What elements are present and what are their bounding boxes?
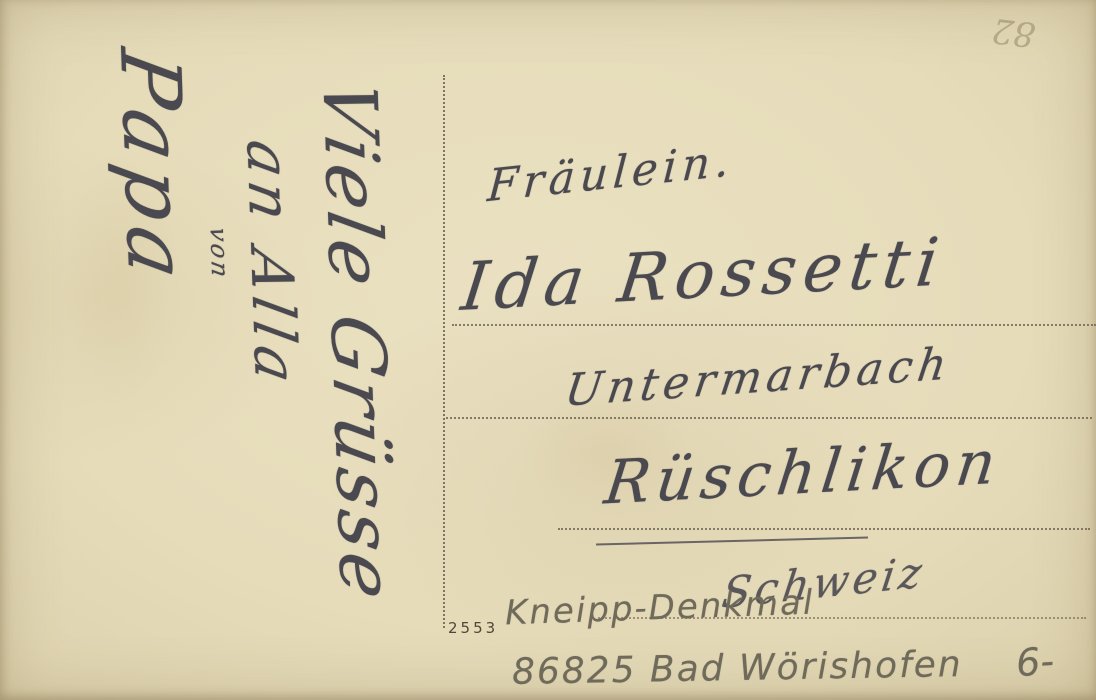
- address-rule-2: [446, 417, 1092, 419]
- address-rule-3: [558, 528, 1090, 530]
- address-salutation: Fräulein.: [486, 135, 736, 213]
- pencil-note-price: 6-: [1015, 639, 1056, 686]
- address-rule-1: [452, 324, 1096, 326]
- address-street: Untermarbach: [562, 338, 955, 417]
- address-recipient-name: Ida Rossetti: [458, 223, 950, 326]
- message-block: Viele Grüsse an Alla von Papa: [10, 39, 410, 622]
- pencil-note-subject: Kneipp-Denkmal: [504, 583, 815, 634]
- pencil-note-location: 86825 Bad Wörishofen: [512, 644, 963, 693]
- city-underline-stroke: [596, 536, 868, 545]
- message-greeting-line: Viele Grüsse: [305, 74, 411, 639]
- message-recipient-line: an Alla: [233, 136, 318, 623]
- pencil-corner-mark: 82: [990, 10, 1038, 55]
- message-text: Viele Grüsse an Alla von Papa: [100, 18, 411, 639]
- printed-card-number: 2553: [448, 619, 498, 637]
- postcard-back: Viele Grüsse an Alla von Papa 2553 Fräul…: [0, 0, 1096, 700]
- divider-dotted-line: [443, 75, 445, 628]
- signature: Papa: [101, 43, 216, 605]
